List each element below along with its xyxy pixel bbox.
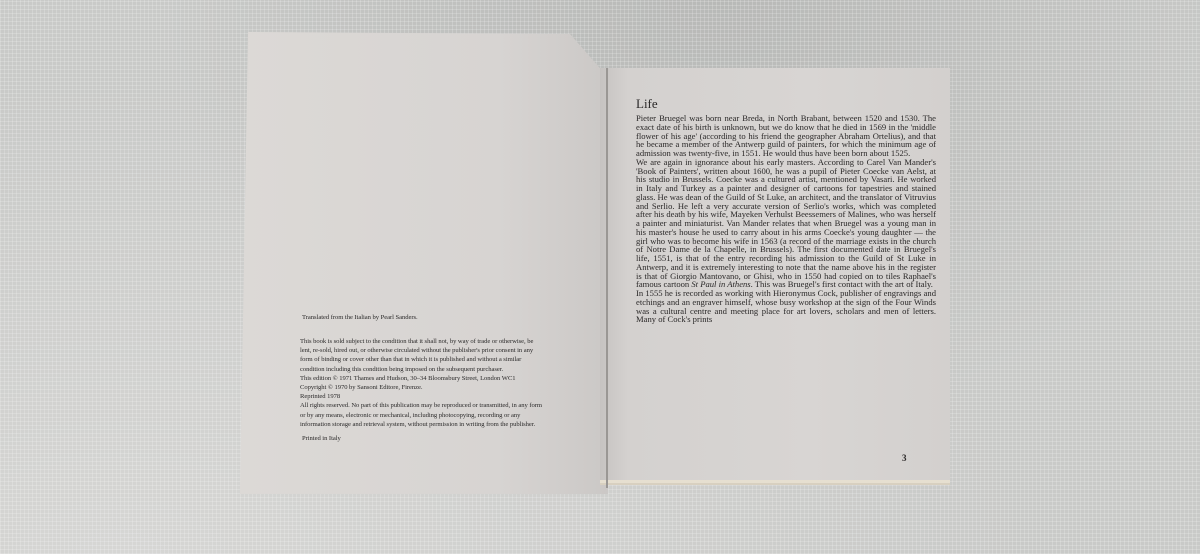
- left-page: Translated from the Italian by Pearl San…: [240, 32, 608, 494]
- rights-line: Copyright © 1970 by Sansoni Editore, Fir…: [300, 383, 570, 392]
- chapter-title: Life: [636, 96, 658, 112]
- rights-line: form of binding or cover other than that…: [300, 355, 570, 364]
- book-gutter: [606, 68, 608, 488]
- printed-in: Printed in Italy: [302, 434, 341, 443]
- rights-line: lent, re-sold, hired out, or otherwise c…: [300, 346, 570, 355]
- rights-line: Reprinted 1978: [300, 392, 570, 401]
- paragraph: We are again in ignorance about his earl…: [636, 158, 936, 289]
- rights-line: or by any means, electronic or mechanica…: [300, 411, 570, 420]
- rights-line: information storage and retrieval system…: [300, 420, 570, 429]
- body-text: Pieter Bruegel was born near Breda, in N…: [636, 114, 936, 324]
- rights-line: This book is sold subject to the conditi…: [300, 337, 570, 346]
- paragraph: In 1555 he is recorded as working with H…: [636, 289, 936, 324]
- translator-credit: Translated from the Italian by Pearl San…: [302, 313, 418, 322]
- right-page: Life Pieter Bruegel was born near Breda,…: [600, 68, 950, 480]
- rights-line: condition including this condition being…: [300, 365, 570, 374]
- paragraph: Pieter Bruegel was born near Breda, in N…: [636, 114, 936, 158]
- rights-line: All rights reserved. No part of this pub…: [300, 401, 570, 410]
- copyright-notice: This book is sold subject to the conditi…: [300, 337, 570, 429]
- rights-line: This edition © 1971 Thames and Hudson, 3…: [300, 374, 570, 383]
- page-number: 3: [902, 453, 907, 463]
- paragraph-text: We are again in ignorance about his earl…: [636, 157, 936, 290]
